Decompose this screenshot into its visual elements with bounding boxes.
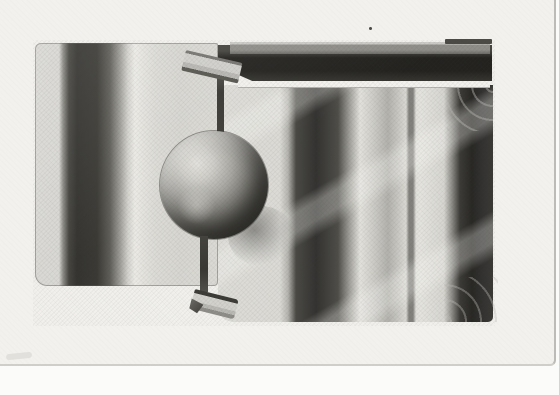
scanned-figure [0, 0, 559, 395]
lower-split-line [200, 236, 208, 292]
bearing-ball [160, 131, 268, 239]
outer-ring-corner-hatch [447, 85, 493, 131]
outer-ring-foot-arcs [444, 277, 498, 322]
paper-speck [369, 27, 372, 30]
flange-edge-notch [445, 39, 492, 44]
